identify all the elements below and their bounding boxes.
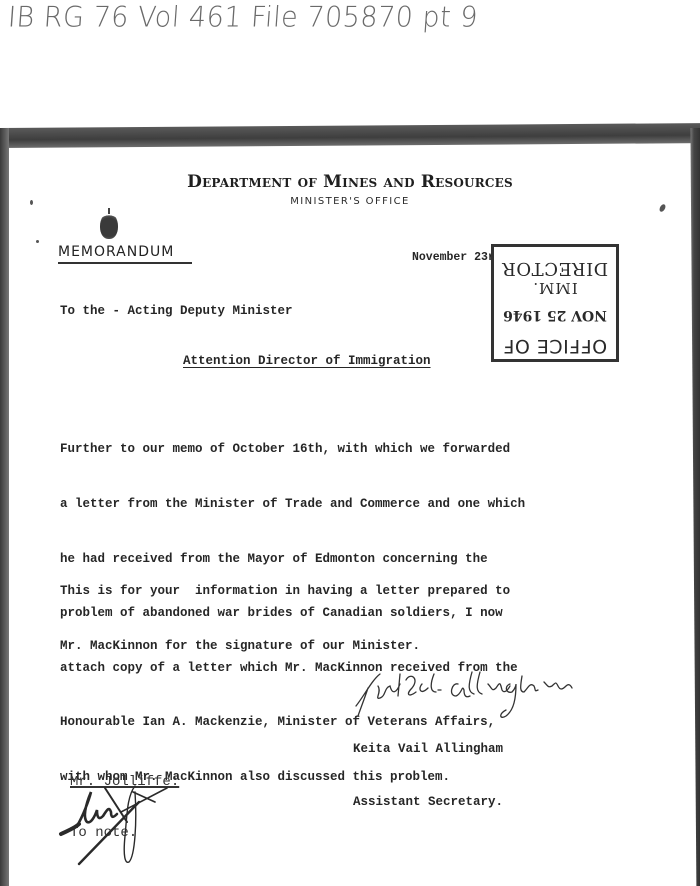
recipient-line: To the - Acting Deputy Minister [60,302,293,320]
stamp-date: NOV 25 1946 [494,307,616,323]
body-line: a letter from the Minister of Trade and … [60,495,525,513]
signatory-title: Assistant Secretary. [353,794,503,812]
signatory-block: Keita Vail Allingham Assistant Secretary… [353,706,503,829]
attention-line: Attention Director of Immigration [183,352,431,370]
letterhead: Department of Mines and Resources MINIST… [150,172,550,207]
received-stamp: OFFICE OF NOV 25 1946 IMM. DIRECTOR [491,244,619,362]
stamp-line-director: DIRECTOR [494,258,616,279]
signatory-name: Keita Vail Allingham [353,741,503,759]
body-paragraph-2: This is for your information in having a… [60,546,510,673]
office-name: MINISTER'S OFFICE [150,196,550,207]
memorandum-label: MEMORANDUM [58,244,192,264]
archive-reference: IB RG 76 Vol 461 File 705870 pt 9 [7,1,479,34]
scan-border-left [0,128,9,886]
scan-speck [30,200,33,205]
stamp-imm: IMM. [494,279,616,297]
memo-date: November 23rd [412,249,502,267]
crest-icon [100,213,118,239]
body-line: Mr. MacKinnon for the signature of our M… [60,637,510,655]
body-line: Further to our memo of October 16th, wit… [60,440,525,458]
scan-border-right [688,128,700,886]
stamp-line-office: OFFICE OF [494,335,616,357]
body-line: This is for your information in having a… [60,582,510,600]
scan-border-top [0,123,700,148]
scan-speck [36,240,39,243]
department-name: Department of Mines and Resources [150,172,550,192]
handwritten-initials [55,782,175,872]
